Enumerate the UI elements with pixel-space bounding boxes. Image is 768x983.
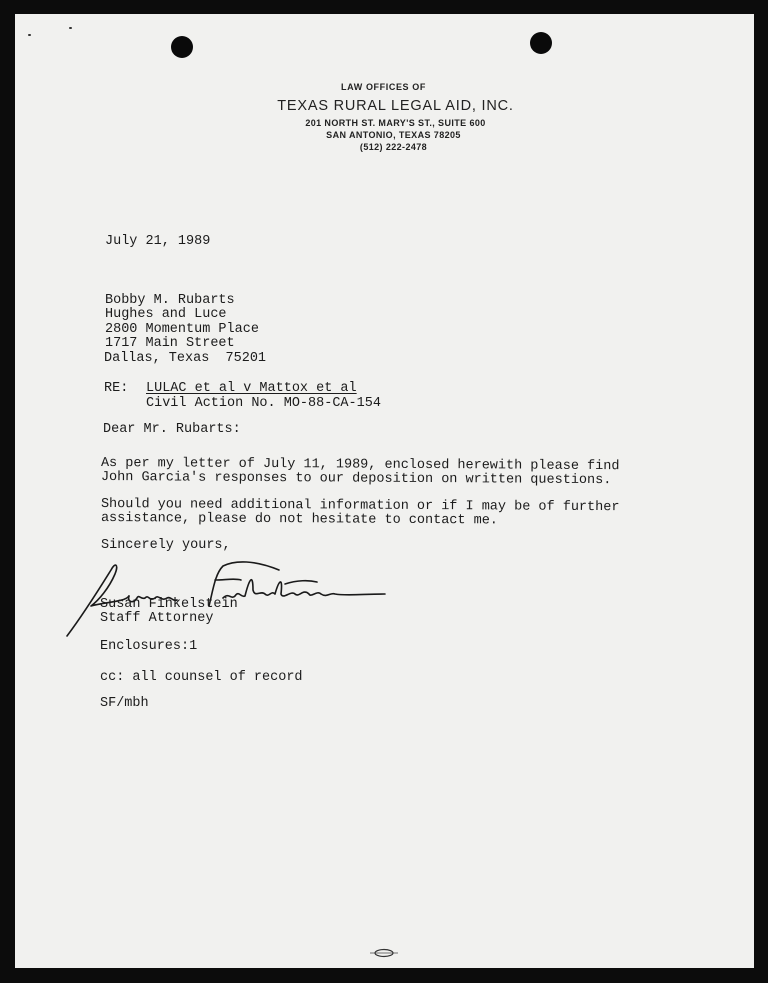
recipient-firm: Hughes and Luce <box>105 308 227 323</box>
punch-hole-right <box>530 32 552 54</box>
salutation: Dear Mr. Rubarts: <box>103 423 241 438</box>
enclosures: Enclosures:1 <box>100 640 197 655</box>
speck <box>28 34 31 36</box>
recipient-city: Dallas, Texas 75201 <box>104 352 266 367</box>
cc-line: cc: all counsel of record <box>100 671 303 686</box>
letterhead-address-2: SAN ANTONIO, TEXAS 78205 <box>24 129 763 141</box>
body-paragraph-1-line-2: John Garcia's responses to our depositio… <box>101 471 611 489</box>
signer-title: Staff Attorney <box>100 612 213 627</box>
letter-page: LAW OFFICES OF TEXAS RURAL LEGAL AID, IN… <box>15 14 754 968</box>
letter-date: July 21, 1989 <box>105 235 210 250</box>
letterhead-phone: (512) 222-2478 <box>24 141 763 153</box>
letterhead-firm: TEXAS RURAL LEGAL AID, INC. <box>26 98 765 114</box>
letterhead-prefix: LAW OFFICES OF <box>14 82 753 92</box>
speck <box>69 27 72 29</box>
re-civil-action: Civil Action No. MO-88-CA-154 <box>146 397 381 412</box>
recipient-street: 1717 Main Street <box>105 337 235 352</box>
letterhead-address-1: 201 NORTH ST. MARY'S ST., SUITE 600 <box>26 117 765 129</box>
punch-hole-left <box>171 36 193 58</box>
union-label-mark <box>369 948 399 958</box>
handwritten-signature <box>65 550 395 640</box>
typist-initials: SF/mbh <box>100 697 149 712</box>
re-case-name: LULAC et al v Mattox et al <box>146 382 357 397</box>
body-paragraph-2-line-2: assistance, please do not hesitate to co… <box>101 512 498 529</box>
re-label: RE: <box>104 382 128 397</box>
